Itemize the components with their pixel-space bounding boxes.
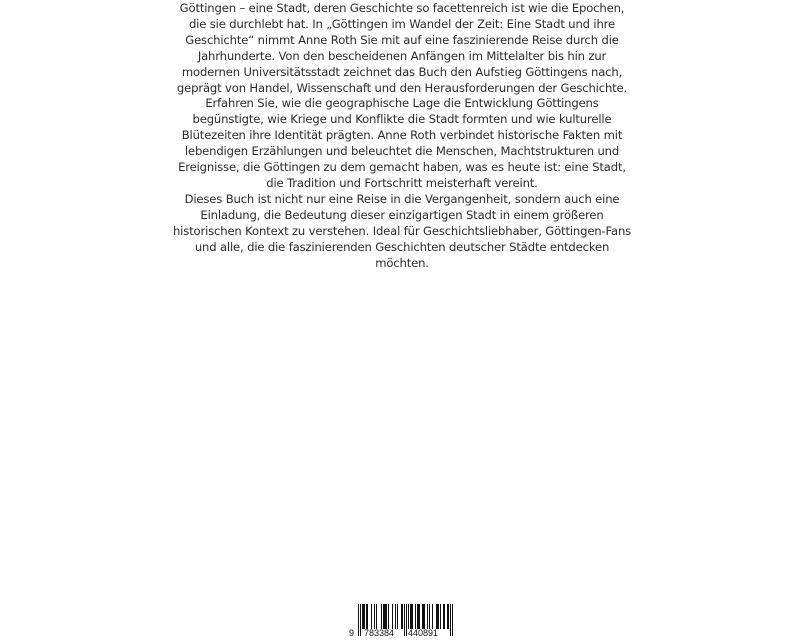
book-blurb: Göttingen – eine Stadt, deren Geschichte… bbox=[172, 1, 632, 271]
barcode-lead-digit: 9 bbox=[349, 629, 354, 638]
isbn-barcode: 9 783384 440891 bbox=[349, 604, 453, 640]
barcode-right-group: 440891 bbox=[407, 629, 439, 638]
blurb-paragraph-1: Göttingen – eine Stadt, deren Geschichte… bbox=[172, 1, 632, 96]
back-cover-page: Göttingen – eine Stadt, deren Geschichte… bbox=[0, 0, 804, 643]
barcode-left-group: 783384 bbox=[363, 629, 395, 638]
blurb-paragraph-2: Erfahren Sie, wie die geographische Lage… bbox=[172, 96, 632, 191]
blurb-paragraph-3: Dieses Buch ist nicht nur eine Reise in … bbox=[172, 192, 632, 272]
